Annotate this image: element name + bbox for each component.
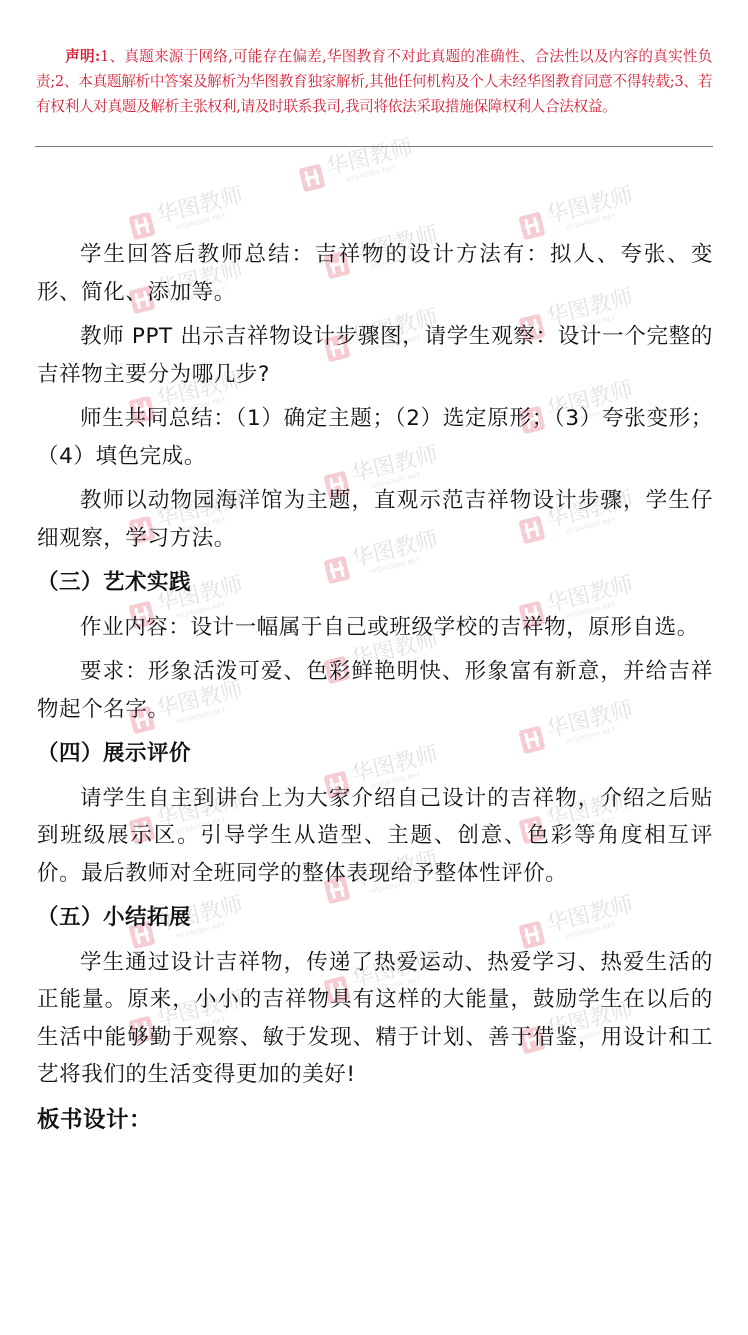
document-page: 华图教师HTJIAOSHI.NET 华图教师HTJIAOSHI.NET 华图教师… [0,0,748,1335]
section-heading-art-practice: （三）艺术实践 [37,564,713,609]
huatu-logo-icon [298,164,325,193]
paragraph: 教师以动物园海洋馆为主题，直观示范吉祥物设计步骤，学生仔细观察，学习方法。 [37,482,713,564]
board-design-heading: 板书设计： [37,1101,713,1139]
paragraph: 学生回答后教师总结：吉祥物的设计方法有：拟人、夸张、变形、简化、添加等。 [37,236,713,318]
paragraph: 教师 PPT 出示吉祥物设计步骤图，请学生观察：设计一个完整的吉祥物主要分为哪几… [37,318,713,400]
paragraph: 师生共同总结：（1）确定主题；（2）选定原形；（3）夸张变形；（4）填色完成。 [37,400,713,482]
paragraph: 请学生自主到讲台上为大家介绍自己设计的吉祥物，介绍之后贴到班级展示区。引导学生从… [37,780,713,900]
disclaimer-text: 1、真题来源于网络,可能存在偏差,华图教育不对此真题的准确性、合法性以及内容的真… [36,48,712,115]
lesson-content: 学生回答后教师总结：吉祥物的设计方法有：拟人、夸张、变形、简化、添加等。 教师 … [37,236,713,1139]
section-heading-display-evaluation: （四）展示评价 [37,735,713,780]
disclaimer: 声明:1、真题来源于网络,可能存在偏差,华图教育不对此真题的准确性、合法性以及内… [36,44,712,119]
header-divider [35,146,713,147]
section-heading-summary-extension: （五）小结拓展 [37,899,713,944]
paragraph: 学生通过设计吉祥物，传递了热爱运动、热爱学习、热爱生活的正能量。原来，小小的吉祥… [37,944,713,1101]
watermark: 华图教师HTJIAOSHI.NET [297,134,423,202]
disclaimer-lead: 声明: [65,48,100,65]
paragraph: 作业内容：设计一幅属于自己或班级学校的吉祥物，原形自选。 [37,609,713,654]
paragraph: 要求：形象活泼可爱、色彩鲜艳明快、形象富有新意，并给吉祥物起个名字。 [37,653,713,735]
